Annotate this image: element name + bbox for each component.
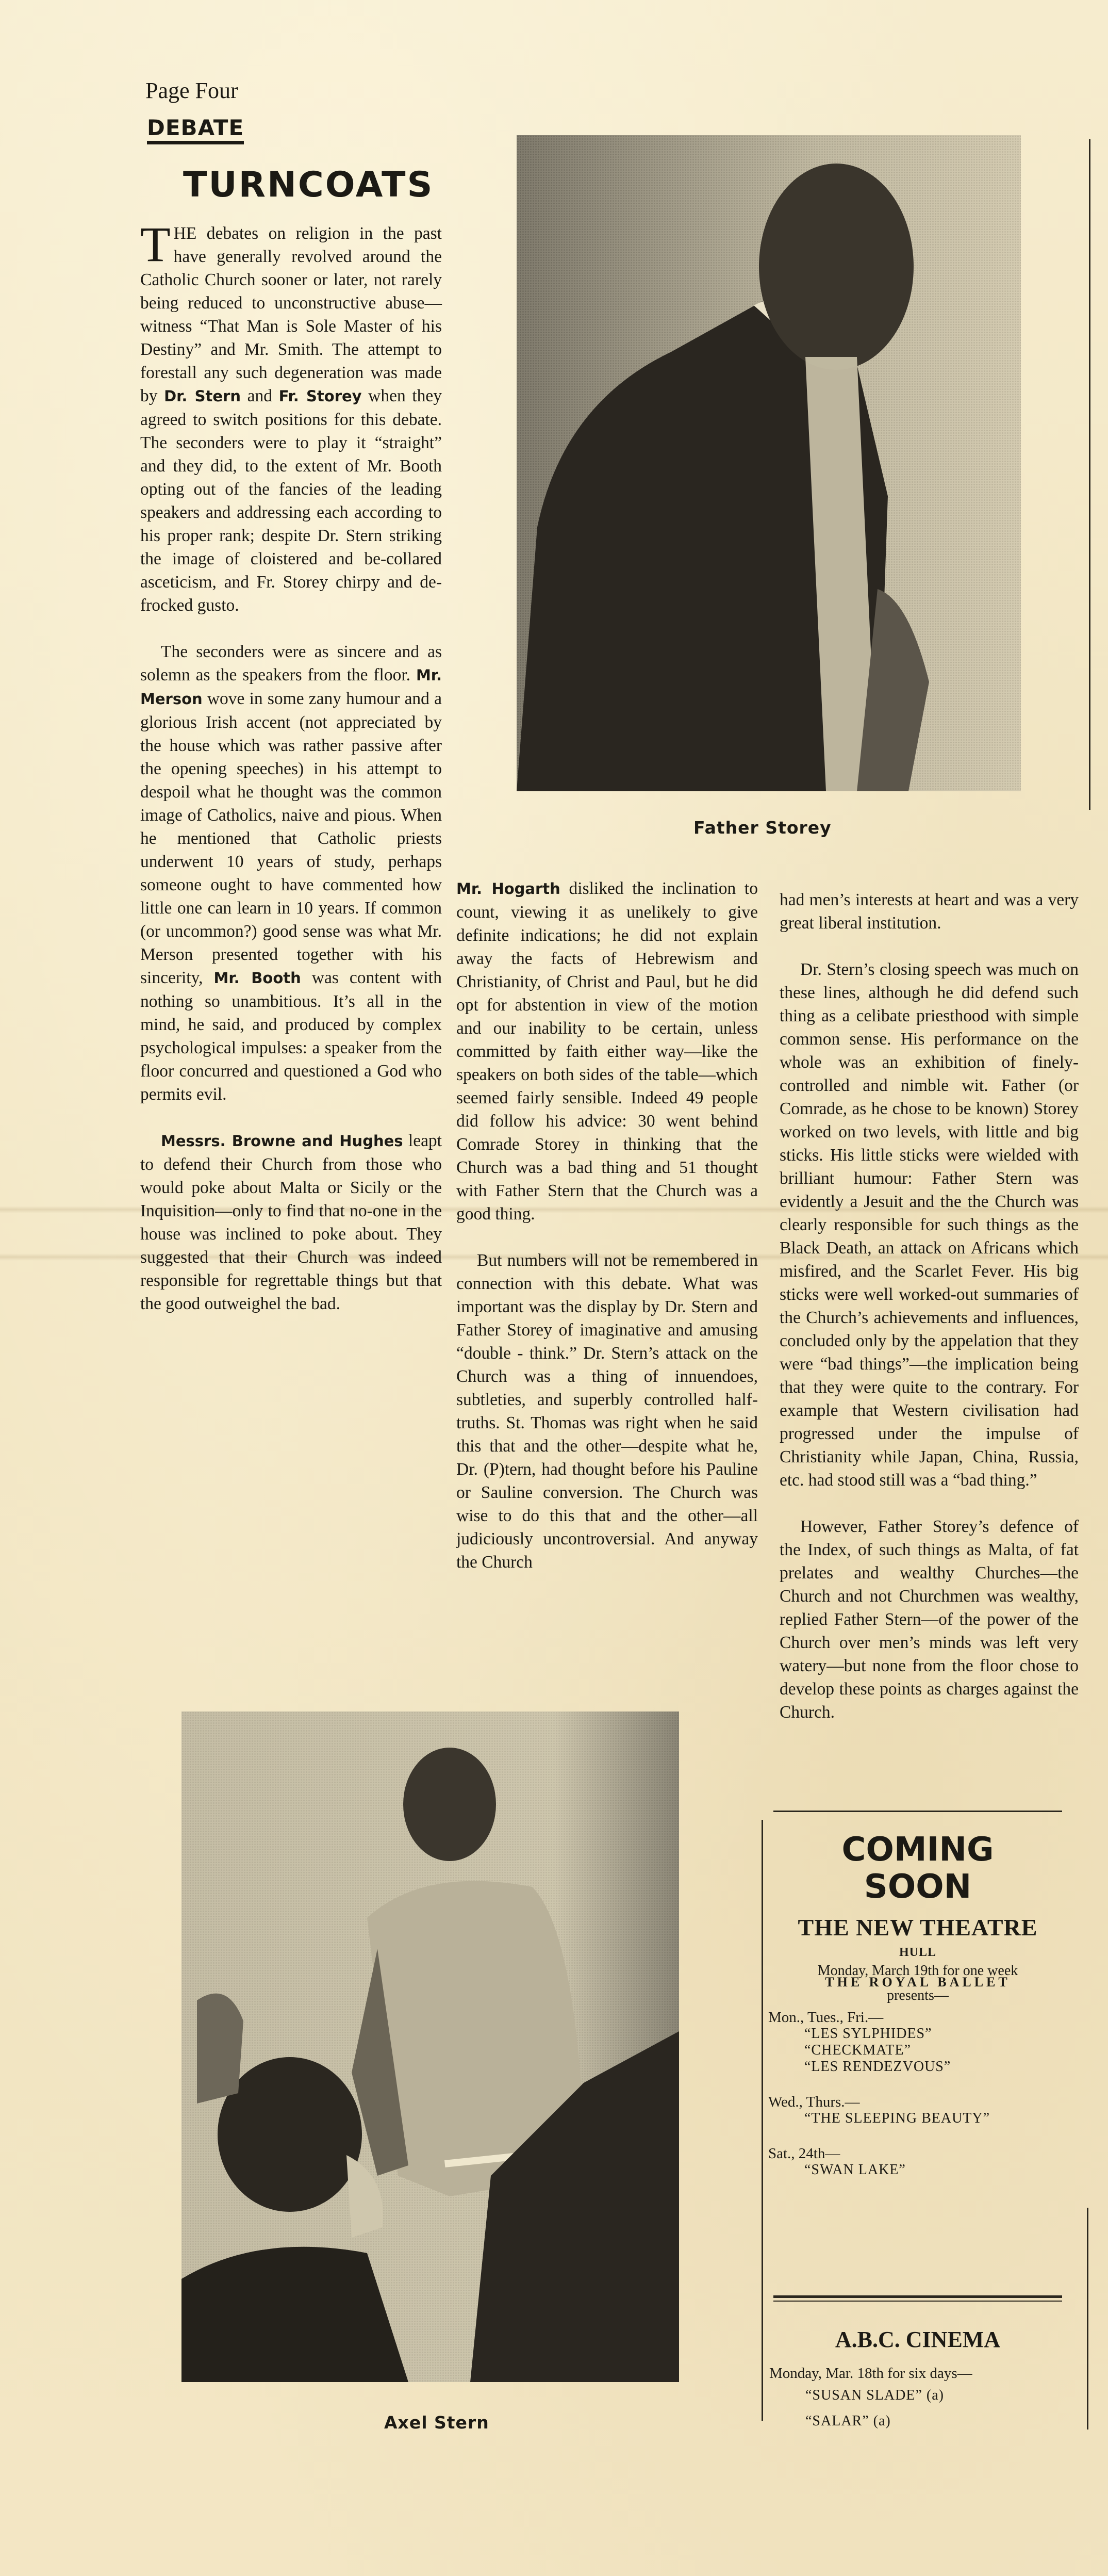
photo-father-storey	[517, 135, 1021, 791]
article-column-2: Mr. Hogarth disliked the inclination to …	[456, 877, 758, 1597]
theatre-city: HULL	[763, 1946, 1072, 1960]
portrait-silhouette-icon	[517, 135, 1021, 791]
article-column-1: THE debates on religion in the past have…	[140, 222, 442, 1339]
article-paragraph: The seconders were as sincere and as sol…	[140, 640, 442, 1106]
ballet-title: “CHECKMATE”	[768, 2042, 1067, 2059]
advert-divider	[773, 2295, 1062, 2302]
schedule-block: Mon., Tues., Fri.— “LES SYLPHIDES” “CHEC…	[768, 2009, 1067, 2075]
speaker-name: Mr. Hogarth	[456, 880, 560, 898]
drop-cap: T	[140, 225, 171, 264]
theatre-name: THE NEW THEATRE	[763, 1914, 1072, 1941]
section-label: DEBATE	[147, 116, 244, 144]
cinema-run-dates: Monday, Mar. 18th for six days—	[769, 2365, 972, 2382]
ballet-schedule: Mon., Tues., Fri.— “LES SYLPHIDES” “CHEC…	[768, 2009, 1067, 2178]
photo-caption-father-storey: Father Storey	[693, 818, 832, 838]
article-paragraph: But numbers will not be remembered in co…	[456, 1249, 758, 1574]
article-headline: TURNCOATS	[183, 168, 434, 203]
speaker-name: Fr. Storey	[279, 387, 362, 405]
schedule-block: Wed., Thurs.— “THE SLEEPING BEAUTY”	[768, 2094, 1067, 2127]
article-paragraph: Mr. Hogarth disliked the inclination to …	[456, 877, 758, 1226]
group-photo-silhouette-icon	[181, 1711, 679, 2382]
ballet-title: “SWAN LAKE”	[768, 2162, 1067, 2178]
column-rule	[1089, 139, 1090, 810]
theatre-presents: presents—	[763, 1987, 1072, 2004]
schedule-days: Wed., Thurs.—	[768, 2094, 1067, 2110]
article-paragraph: However, Father Storey’s defence of the …	[780, 1515, 1079, 1724]
film-title: “SUSAN SLADE” (a)	[769, 2387, 944, 2404]
cinema-name: A.B.C. CINEMA	[763, 2326, 1072, 2353]
film-title: “SALAR” (a)	[769, 2413, 891, 2430]
article-paragraph: Dr. Stern’s closing speech was much on t…	[780, 958, 1079, 1492]
speaker-name: Dr. Stern	[164, 387, 241, 405]
schedule-days: Sat., 24th—	[768, 2145, 1067, 2162]
speaker-name: Messrs. Browne and Hughes	[161, 1132, 403, 1150]
article-column-3: had men’s interests at heart and was a v…	[780, 888, 1079, 1747]
advert-top-rule	[773, 1811, 1062, 1812]
advert-box: COMING SOON THE NEW THEATRE HULL Monday,…	[763, 1811, 1072, 2430]
page-number-label: Page Four	[145, 77, 238, 104]
advert-coming: COMING	[763, 1831, 1072, 1868]
ballet-title: “LES SYLPHIDES”	[768, 2026, 1067, 2042]
speaker-name: Mr. Merson	[140, 666, 442, 708]
ballet-title: “THE SLEEPING BEAUTY”	[768, 2110, 1067, 2127]
speaker-name: Mr. Booth	[214, 969, 301, 987]
advert-soon: SOON	[763, 1868, 1072, 1905]
article-paragraph: had men’s interests at heart and was a v…	[780, 888, 1079, 935]
schedule-block: Sat., 24th— “SWAN LAKE”	[768, 2145, 1067, 2178]
article-paragraph: THE debates on religion in the past have…	[140, 222, 442, 617]
schedule-days: Mon., Tues., Fri.—	[768, 2009, 1067, 2026]
ballet-title: “LES RENDEZVOUS”	[768, 2059, 1067, 2075]
column-rule	[1087, 2208, 1088, 2430]
photo-caption-axel-stern: Axel Stern	[384, 2412, 489, 2433]
photo-axel-stern	[181, 1711, 679, 2382]
article-paragraph: Messrs. Browne and Hughes leapt to defen…	[140, 1129, 442, 1315]
